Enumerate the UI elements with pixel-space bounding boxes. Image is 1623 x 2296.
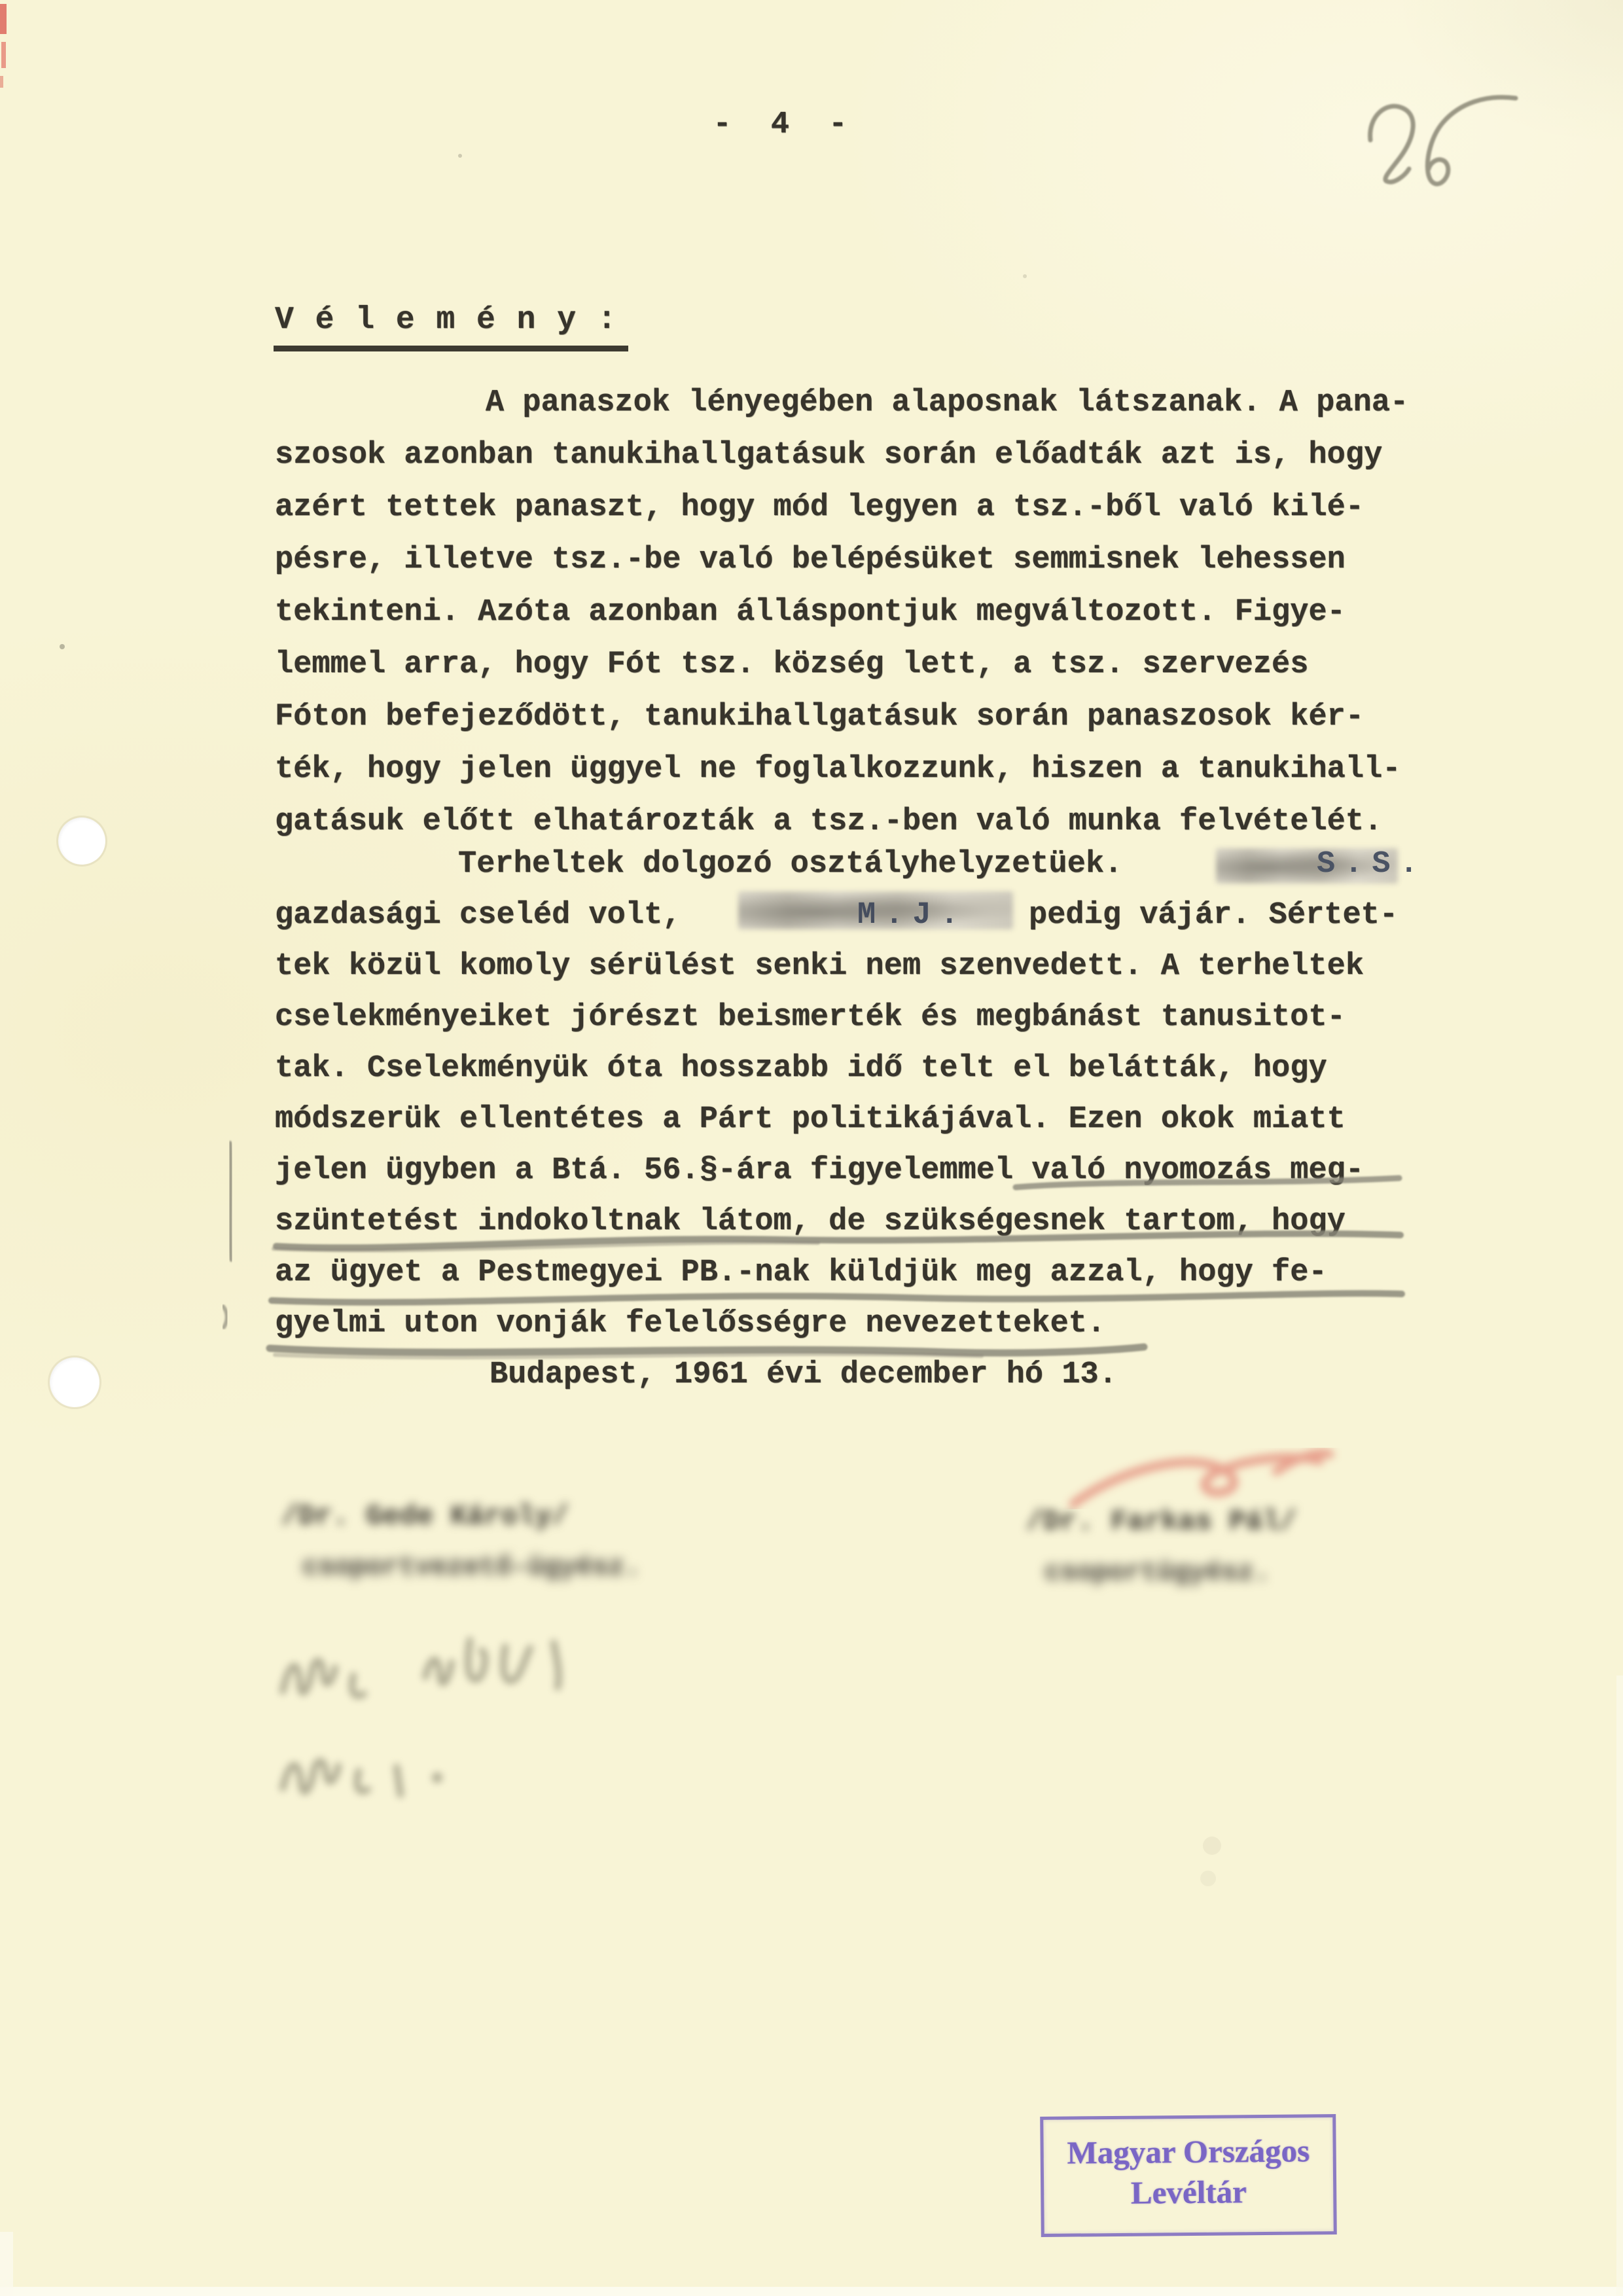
paragraph-1: A panaszok lényegében alaposnak látszana… [275, 377, 1446, 848]
body-line: módszerük ellentétes a Párt politikájáva… [275, 1094, 1446, 1145]
pencil-number-25 [1370, 98, 1516, 184]
scan-edge-artifact-red [0, 76, 3, 88]
body-line: A panaszok lényegében alaposnak látszana… [275, 377, 1446, 429]
body-line: cselekményeiket jórészt beismerték és me… [275, 992, 1446, 1043]
redacted-initials-mj: M.J. [857, 890, 968, 941]
body-line: tekinteni. Azóta azonban álláspontjuk me… [275, 586, 1446, 639]
stamp-line-2: Levéltár [1044, 2171, 1334, 2214]
body-line: az ügyet a Pestmegyei PB.-nak küldjük me… [275, 1247, 1446, 1299]
body-line: tak. Cselekményük óta hosszabb idő telt … [275, 1043, 1446, 1094]
red-signature-scribble-blurred [1073, 1453, 1330, 1504]
hole-punch-bottom [50, 1357, 99, 1407]
margin-pencil-tick [223, 1306, 227, 1327]
archive-stamp: Magyar Országos Levéltár [1040, 2114, 1337, 2237]
scanned-document-page: - 4 - V é l e m é n y : A panaszok lénye… [0, 0, 1623, 2296]
page-number: - 4 - [668, 107, 903, 142]
date-line: Budapest, 1961 évi december hó 13. [490, 1350, 1117, 1401]
heading-velemeny: V é l e m é n y : [274, 302, 628, 351]
body-line: jelen ügyben a Btá. 56.§-ára figyelemmel… [275, 1145, 1446, 1196]
scan-edge-artifact-red [1, 42, 6, 68]
body-line-suffix: pedig vájár. Sértet- [1029, 890, 1398, 941]
signature-left-name-blurred: /Dr. Gede Károly/ [281, 1500, 569, 1532]
handwritten-note-blurred [283, 1640, 559, 1795]
body-line: szosok azonban tanukihallgatásuk során e… [275, 429, 1446, 482]
signature-left-role-blurred: csoportvezető-ügyész. [302, 1552, 641, 1583]
margin-pencil-line [230, 1143, 232, 1259]
body-line: lemmel arra, hogy Fót tsz. község lett, … [275, 639, 1446, 691]
signature-right-name-blurred: /Dr. Farkas Pál/ [1026, 1505, 1296, 1537]
body-line: szüntetést indokoltnak látom, de szükség… [275, 1196, 1446, 1247]
body-line: gyelmi uton vonják felelősségre nevezett… [275, 1299, 1446, 1350]
body-line: pésre, illetve tsz.-be való belépésüket … [275, 534, 1446, 586]
body-line: azért tettek panaszt, hogy mód legyen a … [275, 482, 1446, 534]
scan-edge-bottom [0, 2287, 1623, 2296]
stamp-line-1: Magyar Országos [1043, 2130, 1333, 2174]
scan-edge-corner [0, 2232, 13, 2296]
body-line: ték, hogy jelen üggyel ne foglalkozzunk,… [275, 744, 1446, 796]
body-line: Fóton befejeződött, tanukihallgatásuk so… [275, 691, 1446, 744]
scan-edge-artifact-red [0, 4, 7, 34]
scan-edge-right [1616, 1676, 1623, 2296]
signature-right-role-blurred: csoportügyész. [1044, 1558, 1270, 1588]
hole-punch-top [58, 817, 105, 865]
redacted-initials-ss: S.S. [1317, 839, 1427, 890]
body-line: tek közül komoly sérülést senki nem szen… [275, 941, 1446, 992]
